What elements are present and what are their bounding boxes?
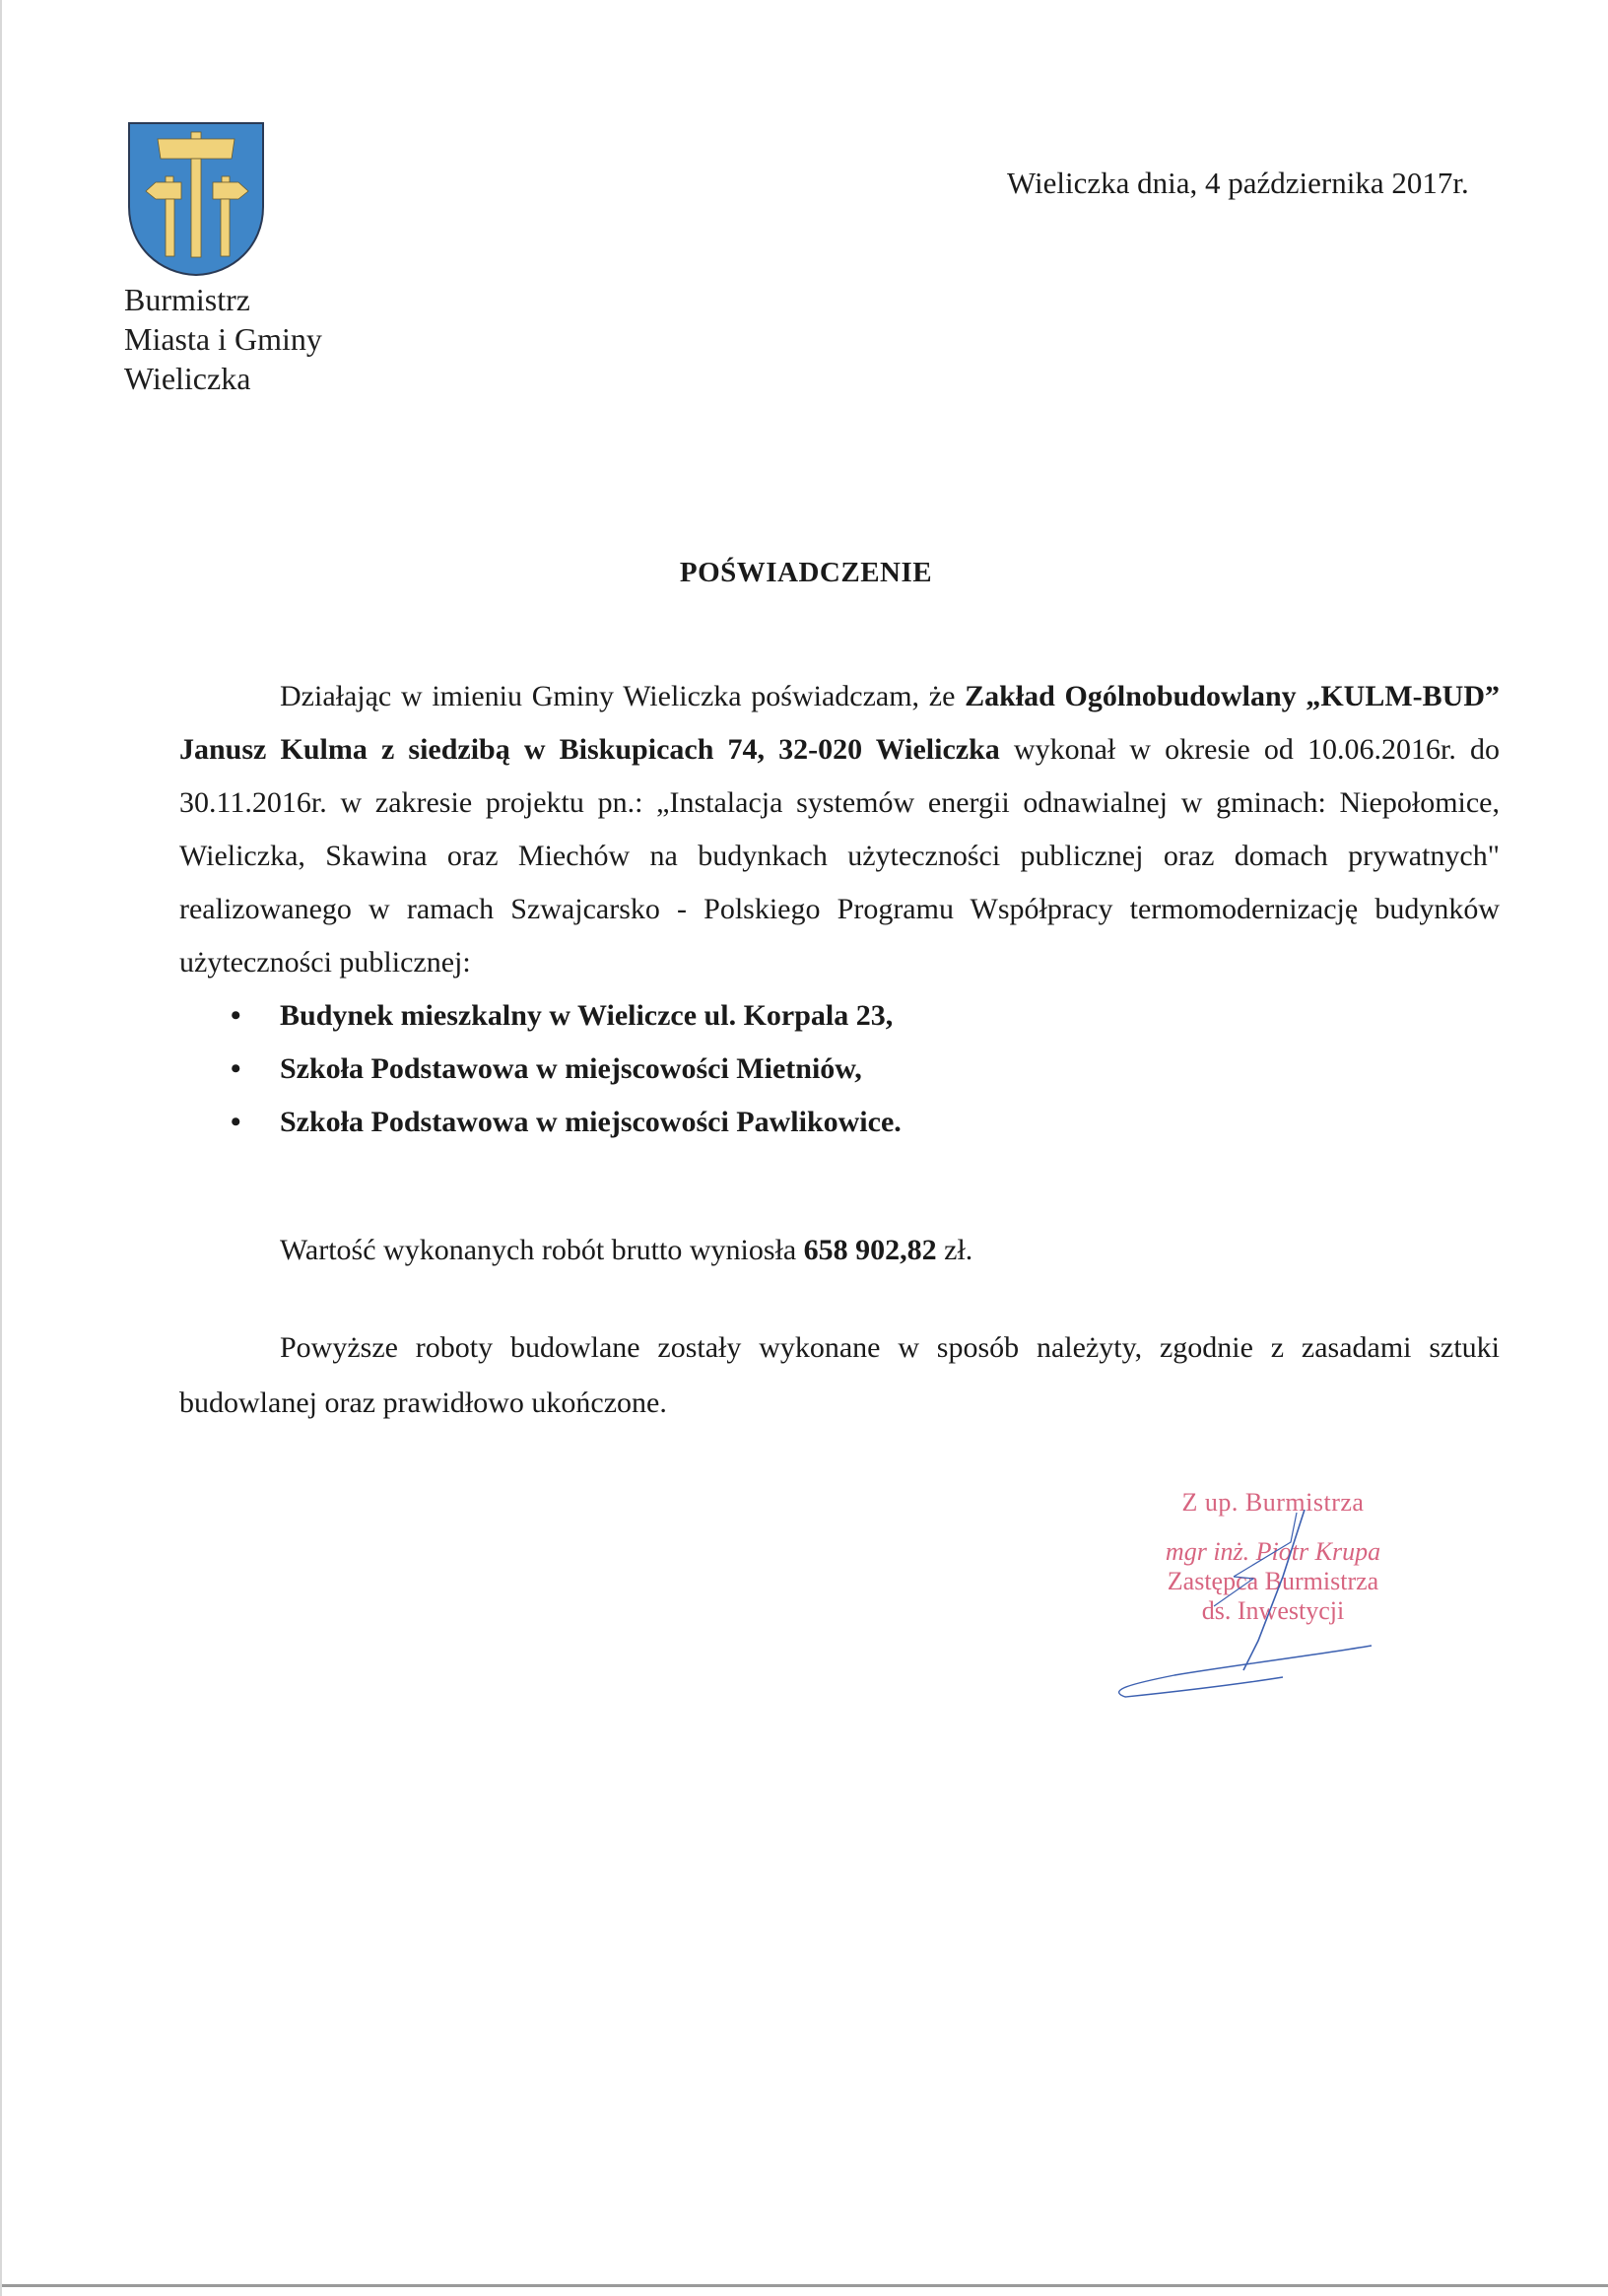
list-item-text: Szkoła Podstawowa w miejscowości Mietnió…	[280, 1052, 862, 1085]
issuer-line: Miasta i Gminy	[124, 319, 322, 359]
coat-of-arms-icon	[126, 120, 266, 278]
building-list: •Budynek mieszkalny w Wieliczce ul. Korp…	[179, 989, 1500, 1149]
scope-text: wykonał w okresie od 10.06.2016r. do 30.…	[179, 733, 1500, 979]
issuer-line: Burmistrz	[124, 280, 322, 319]
document-body: Działając w imieniu Gminy Wieliczka pośw…	[179, 670, 1500, 1149]
intro-text: Działając w imieniu Gminy Wieliczka pośw…	[280, 680, 965, 712]
value-amount: 658 902,82	[804, 1234, 937, 1266]
handwritten-signature-icon	[1086, 1468, 1421, 1705]
closing-text: Powyższe roboty budowlane zostały wykona…	[179, 1331, 1500, 1419]
date-line: Wieliczka dnia, 4 października 2017r.	[1007, 166, 1469, 201]
value-prefix: Wartość wykonanych robót brutto wyniosła	[280, 1234, 804, 1266]
body-paragraph: Działając w imieniu Gminy Wieliczka pośw…	[179, 670, 1500, 989]
value-currency: zł.	[937, 1234, 973, 1266]
list-item-text: Szkoła Podstawowa w miejscowości Pawliko…	[280, 1106, 902, 1138]
document-title: POŚWIADCZENIE	[2, 557, 1608, 589]
bullet-icon: •	[231, 1043, 241, 1096]
list-item: •Budynek mieszkalny w Wieliczce ul. Korp…	[179, 989, 1500, 1043]
bullet-icon: •	[231, 989, 241, 1043]
document-page: Burmistrz Miasta i Gminy Wieliczka Wieli…	[0, 0, 1608, 2296]
contract-value-line: Wartość wykonanych robót brutto wyniosła…	[280, 1234, 972, 1267]
bullet-icon: •	[231, 1096, 241, 1149]
list-item: •Szkoła Podstawowa w miejscowości Pawlik…	[179, 1096, 1500, 1149]
list-item: •Szkoła Podstawowa w miejscowości Mietni…	[179, 1043, 1500, 1096]
list-item-text: Budynek mieszkalny w Wieliczce ul. Korpa…	[280, 999, 893, 1032]
scan-edge	[2, 2284, 1608, 2287]
issuer-block: Burmistrz Miasta i Gminy Wieliczka	[124, 280, 322, 398]
closing-paragraph: Powyższe roboty budowlane zostały wykona…	[179, 1320, 1500, 1431]
issuer-line: Wieliczka	[124, 359, 322, 398]
